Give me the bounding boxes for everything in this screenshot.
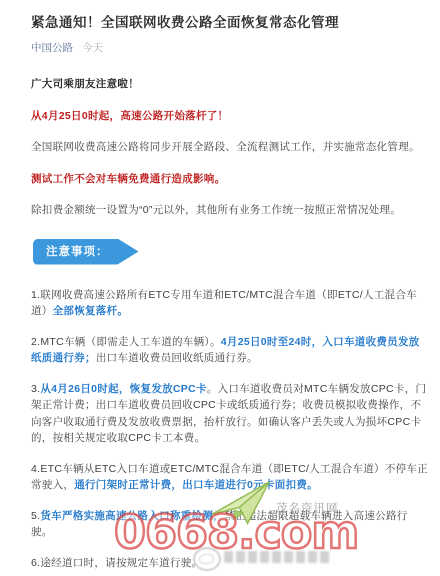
intro-section: 广大司乘朋友注意啦！从4月25日0时起，高速公路开始落杆了！全国联网收费高速公路… bbox=[31, 76, 429, 219]
intro-paragraph: 除扣费金额统一设置为“0”元以外，其他所有业务工作统一按照正常情况处理。 bbox=[31, 202, 429, 219]
intro-paragraph: 全国联网收费高速公路将同步开展全路段、全流程测试工作，并实施常态化管理。 bbox=[31, 139, 429, 156]
notice-item-segment: 从4月26日0时起，恢复发放CPC卡 bbox=[40, 383, 206, 395]
notice-item-segment: 全部恢复落杆。 bbox=[53, 305, 129, 317]
notice-badge: 注意事项： bbox=[33, 239, 139, 265]
notice-item: 5.货车严格实施高速公路入口称重检测，禁止违法超限超载车辆进入高速公路行驶。 bbox=[31, 508, 429, 541]
notice-item-segment: 货车严格实施高速公路入口称重检测， bbox=[40, 510, 224, 522]
notice-item-segment: 5. bbox=[31, 510, 40, 522]
intro-paragraph: 测试工作不会对车辆免费通行造成影响。 bbox=[31, 171, 429, 188]
byline-date: 今天 bbox=[82, 42, 103, 54]
notice-item: 4.ETC车辆从ETC入口车道或ETC/MTC混合车道（即ETC/人工混合车道）… bbox=[31, 461, 429, 494]
notice-item-segment: 2.MTC车辆（即需走人工车道的车辆）。 bbox=[31, 336, 221, 348]
intro-paragraph: 从4月25日0时起，高速公路开始落杆了！ bbox=[31, 108, 429, 125]
byline: 中国公路今天 bbox=[31, 41, 429, 55]
article-page: 紧急通知！全国联网收费公路全面恢复常态化管理 中国公路今天 广大司乘朋友注意啦！… bbox=[0, 0, 440, 576]
notice-item-segment: 出口车道收费员回收纸质通行券。 bbox=[96, 352, 258, 364]
notice-item-segment: 通行门架时正常计费，出口车道进行0元卡面扣费。 bbox=[74, 479, 318, 491]
page-title: 紧急通知！全国联网收费公路全面恢复常态化管理 bbox=[31, 14, 429, 32]
notice-item-segment: 3. bbox=[31, 383, 40, 395]
notice-item: 6.途经道口时，请按规定车道行驶。 bbox=[31, 555, 429, 572]
byline-author-link[interactable]: 中国公路 bbox=[31, 42, 73, 54]
notice-item: 1.联网收费高速公路所有ETC专用车道和ETC/MTC混合车道（即ETC/人工混… bbox=[31, 287, 429, 320]
notice-list: 1.联网收费高速公路所有ETC专用车道和ETC/MTC混合车道（即ETC/人工混… bbox=[31, 287, 429, 572]
notice-item: 2.MTC车辆（即需走人工车道的车辆）。4月25日0时至24时，入口车道收费员发… bbox=[31, 334, 429, 367]
notice-item: 3.从4月26日0时起，恢复发放CPC卡。入口车道收费员对MTC车辆发放CPC卡… bbox=[31, 381, 429, 447]
notice-item-segment: 6.途经道口时，请按规定车道行驶。 bbox=[31, 557, 202, 569]
badge-row: 注意事项： bbox=[33, 239, 429, 265]
intro-paragraph: 广大司乘朋友注意啦！ bbox=[31, 76, 429, 93]
